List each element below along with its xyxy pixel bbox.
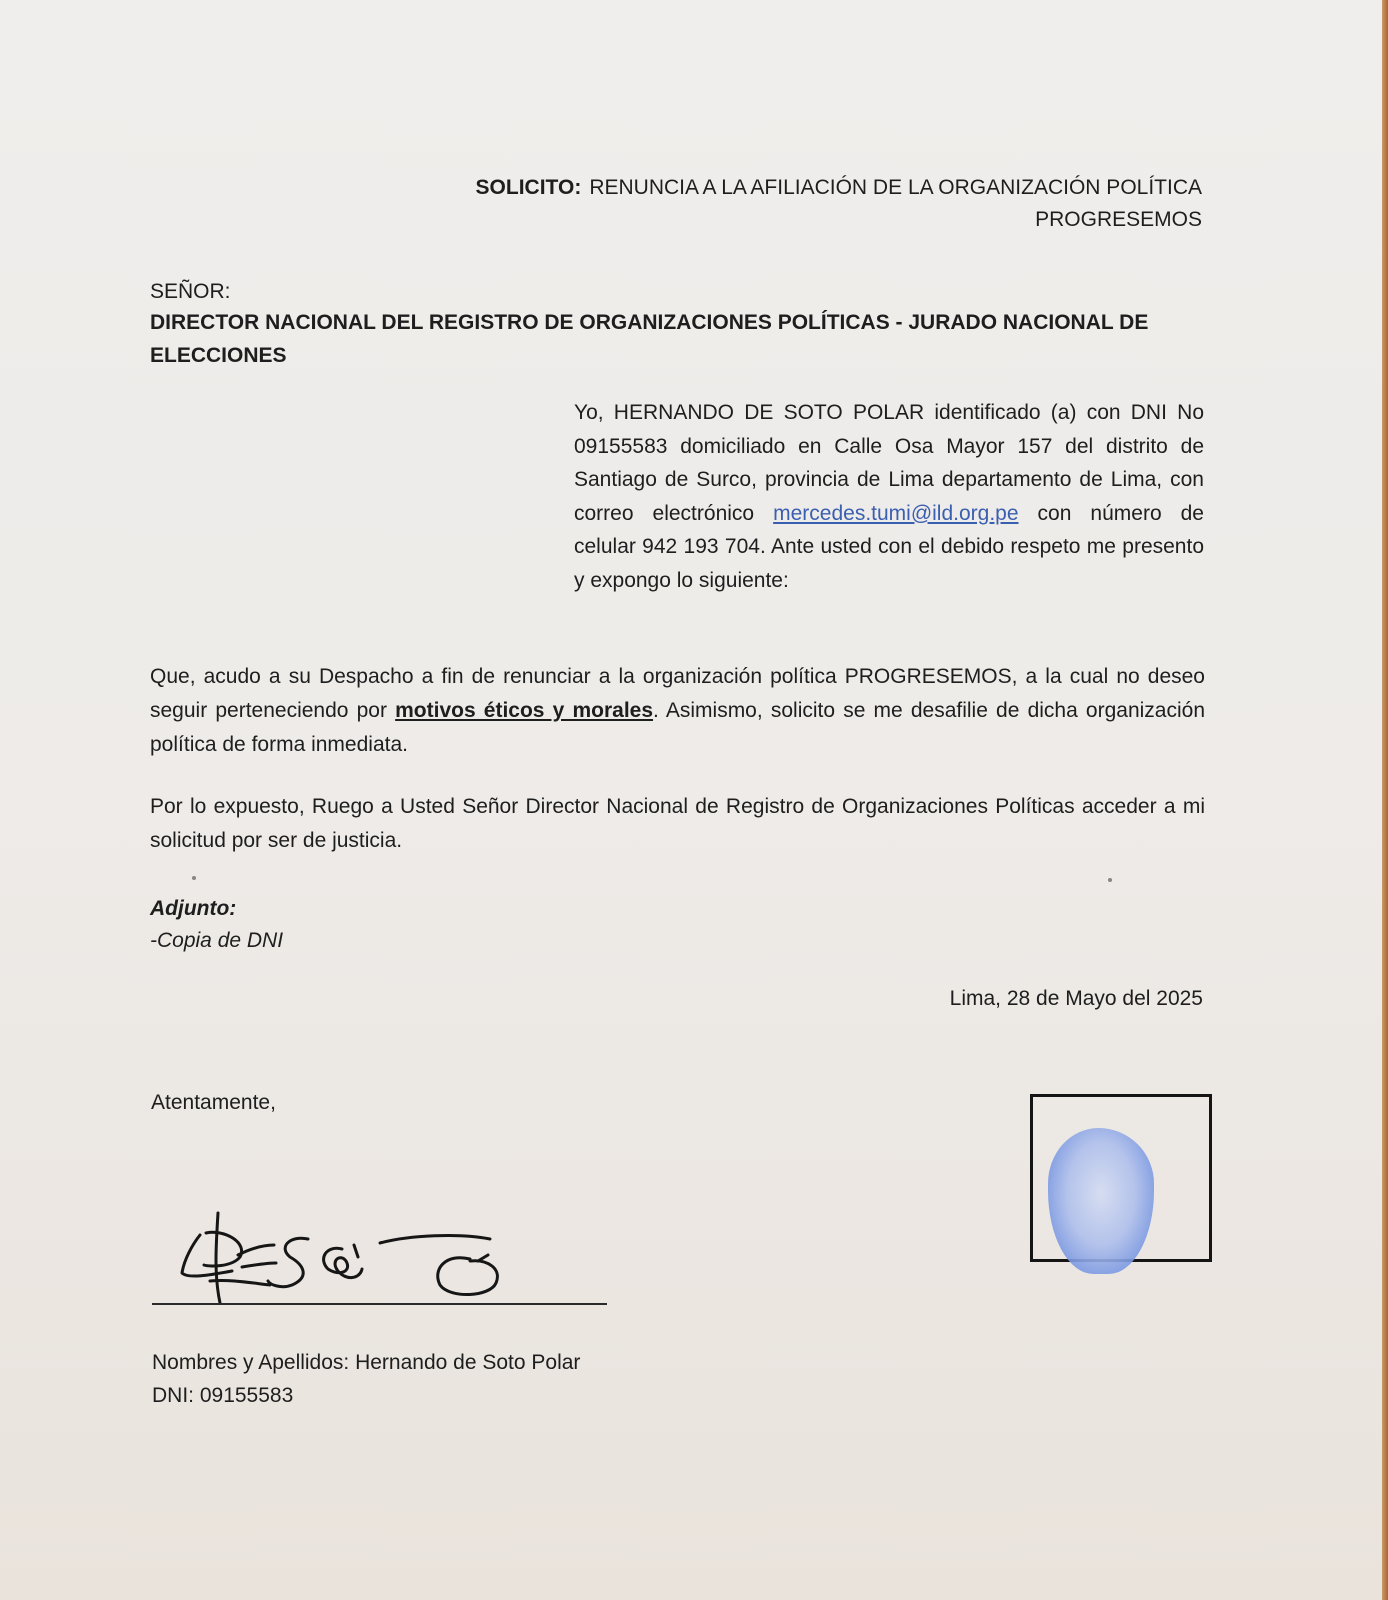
- email-link[interactable]: mercedes.tumi@ild.org.pe: [773, 502, 1018, 525]
- desk-edge: [1382, 0, 1388, 1600]
- signature-line: [152, 1303, 607, 1305]
- date-line: Lima, 28 de Mayo del 2025: [760, 982, 1203, 1015]
- closing-paragraph: Por lo expuesto, Ruego a Usted Señor Dir…: [150, 790, 1205, 858]
- salutation: SEÑOR:: [150, 275, 231, 308]
- subject-label: SOLICITO:: [476, 176, 582, 199]
- fingerprint-icon: [1048, 1128, 1154, 1274]
- attachment-item: -Copia de DNI: [150, 924, 283, 957]
- signer-name: Nombres y Apellidos: Hernando de Soto Po…: [152, 1346, 580, 1379]
- closing-salutation: Atentamente,: [151, 1086, 276, 1119]
- emphasis-text: motivos éticos y morales: [395, 699, 653, 722]
- attachments-title: Adjunto:: [150, 892, 236, 925]
- subject-line-1: RENUNCIA A LA AFILIACIÓN DE LA ORGANIZAC…: [589, 176, 1202, 199]
- document-page: SOLICITO:RENUNCIA A LA AFILIACIÓN DE LA …: [0, 0, 1382, 1600]
- subject-line-2: PROGRESEMOS: [430, 204, 1202, 236]
- intro-paragraph: Yo, HERNANDO DE SOTO POLAR identificado …: [574, 396, 1204, 597]
- request-paragraph: Que, acudo a su Despacho a fin de renunc…: [150, 660, 1205, 762]
- paper-speck: [192, 876, 196, 880]
- addressee: DIRECTOR NACIONAL DEL REGISTRO DE ORGANI…: [150, 306, 1205, 372]
- signer-dni: DNI: 09155583: [152, 1379, 293, 1412]
- signature: [170, 1205, 570, 1315]
- paper-speck: [1108, 878, 1112, 882]
- subject-block: SOLICITO:RENUNCIA A LA AFILIACIÓN DE LA …: [430, 172, 1202, 236]
